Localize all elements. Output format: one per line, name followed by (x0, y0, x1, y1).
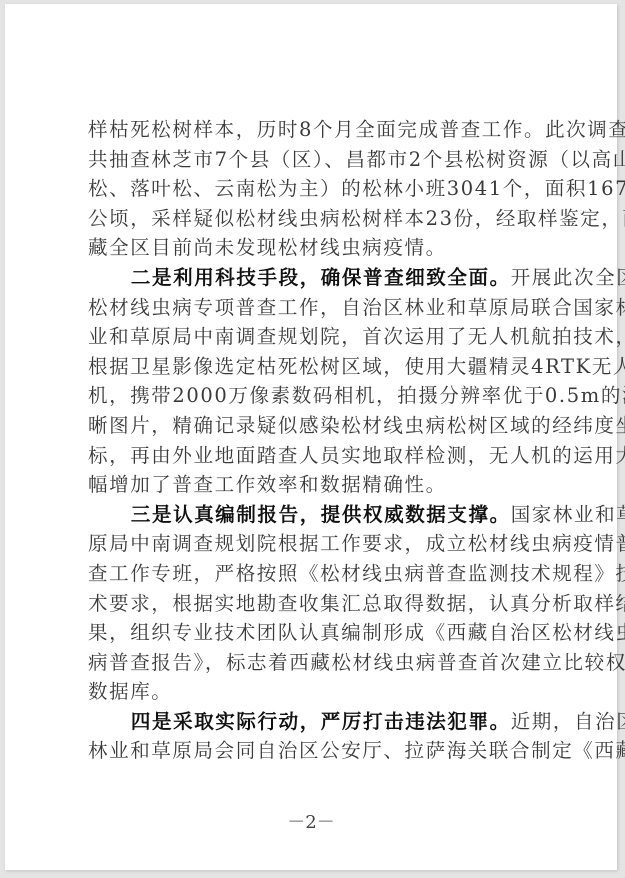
paragraph-report: 三是认真编制报告，提供权威数据支撑。国家林业和草 原局中南调查规划院根据工作要求… (88, 500, 540, 707)
text-line: 病普查报告》，标志着西藏松材线虫病普查首次建立比较权威 (88, 648, 540, 678)
paragraph-tech-means: 二是利用科技手段，确保普查细致全面。开展此次全区 松材线虫病专项普查工作，自治区… (88, 263, 540, 500)
viewer-background: 样枯死松树样本，历时8个月全面完成普查工作。此次调查 共抽查林芝市7个县（区）、… (0, 0, 625, 878)
text-line: 术要求，根据实地勘查收集汇总取得数据，认真分析取样结 (88, 589, 540, 619)
text-line: 数据库。 (88, 677, 540, 707)
text-line: 样枯死松树样本，历时8个月全面完成普查工作。此次调查 (88, 115, 540, 145)
paragraph-lead-heading: 二是利用科技手段，确保普查细致全面。 (131, 266, 511, 289)
document-body: 样枯死松树样本，历时8个月全面完成普查工作。此次调查 共抽查林芝市7个县（区）、… (88, 115, 540, 766)
text-run: 开展此次全区 (511, 266, 625, 289)
text-run: 国家林业和草 (511, 503, 625, 526)
text-line: 二是利用科技手段，确保普查细致全面。开展此次全区 (88, 263, 540, 293)
text-line: 机，携带2000万像素数码相机，拍摄分辨率优于0.5m的清 (88, 381, 540, 411)
text-line: 松、落叶松、云南松为主）的松林小班3041个，面积167466.99 (88, 174, 540, 204)
page-number: －2－ (5, 808, 617, 834)
document-page: 样枯死松树样本，历时8个月全面完成普查工作。此次调查 共抽查林芝市7个县（区）、… (5, 4, 617, 870)
text-line: 共抽查林芝市7个县（区）、昌都市2个县松树资源（以高山 (88, 145, 540, 175)
text-line: 查工作专班，严格按照《松材线虫病普查监测技术规程》技 (88, 559, 540, 589)
text-line: 藏全区目前尚未发现松材线虫病疫情。 (88, 233, 540, 263)
paragraph-lead-heading: 四是采取实际行动，严厉打击违法犯罪。 (131, 710, 511, 733)
text-line: 晰图片，精确记录疑似感染松材线虫病松树区域的经纬度坐 (88, 411, 540, 441)
text-line: 三是认真编制报告，提供权威数据支撑。国家林业和草 (88, 500, 540, 530)
text-line: 业和草原局中南调查规划院，首次运用了无人机航拍技术， (88, 322, 540, 352)
text-line: 林业和草原局会同自治区公安厅、拉萨海关联合制定《西藏 (88, 736, 540, 766)
text-line: 松材线虫病专项普查工作，自治区林业和草原局联合国家林 (88, 293, 540, 323)
text-line: 幅增加了普查工作效率和数据精确性。 (88, 470, 540, 500)
text-line: 四是采取实际行动，严厉打击违法犯罪。近期，自治区 (88, 707, 540, 737)
paragraph-continuation: 样枯死松树样本，历时8个月全面完成普查工作。此次调查 共抽查林芝市7个县（区）、… (88, 115, 540, 263)
text-run: 近期，自治区 (511, 710, 625, 733)
text-line: 原局中南调查规划院根据工作要求，成立松材线虫病疫情普 (88, 529, 540, 559)
paragraph-lead-heading: 三是认真编制报告，提供权威数据支撑。 (131, 503, 511, 526)
text-line: 果，组织专业技术团队认真编制形成《西藏自治区松材线虫 (88, 618, 540, 648)
paragraph-enforcement: 四是采取实际行动，严厉打击违法犯罪。近期，自治区 林业和草原局会同自治区公安厅、… (88, 707, 540, 766)
text-line: 根据卫星影像选定枯死松树区域，使用大疆精灵4RTK无人 (88, 352, 540, 382)
text-line: 标，再由外业地面踏查人员实地取样检测，无人机的运用大 (88, 441, 540, 471)
text-line: 公顷，采样疑似松材线虫病松树样本23份，经取样鉴定，西 (88, 204, 540, 234)
